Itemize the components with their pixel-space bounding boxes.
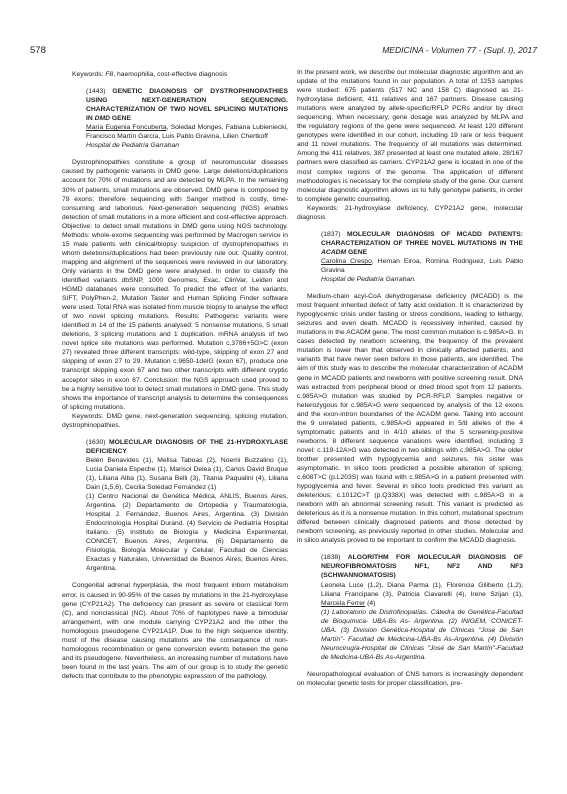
abstract-1630-header: (1630) MOLECULAR DIAGNOSIS OF THE 21-HYD… (86, 438, 288, 574)
abstract-1443-institution: Hospital de Pediatría Garrahan (86, 141, 288, 150)
abstract-1838-affiliations: (1) Laboratorio de Distrofinopatías. Cát… (321, 608, 523, 662)
abstract-1837-title: (1837) MOLECULAR DIAGNOSIS OF MCADD PATI… (321, 230, 523, 257)
abstract-1630-title: (1630) MOLECULAR DIAGNOSIS OF THE 21-HYD… (86, 438, 288, 456)
abstract-1838-authors: Leonela Luce (1,2), Diana Parma (1), Flo… (321, 581, 523, 608)
abstract-1838-title: (1838) ALGORITHM FOR MOLECULAR DIAGNOSIS… (321, 553, 523, 580)
abstract-1630-body-continued: In the present work, we describe our mol… (297, 68, 523, 204)
previous-keywords: Keywords: F8, haemophilia, cost-effectiv… (62, 70, 288, 79)
abstract-1630-body: Congenital adrenal hyperplasia, the most… (62, 581, 288, 681)
abstract-1630-affiliations: (1) Centro Nacional de Genética Médica, … (86, 492, 288, 573)
abstract-1837-authors: Carolina Crespo, Hernan Eiroa, Romina Ro… (321, 257, 523, 275)
abstract-1630-authors: Belén Benavides (1), Melisa Taboas (2), … (86, 456, 288, 492)
abstract-1443-header: (1443) GENETIC DIAGNOSIS OF DYSTROPHINOP… (86, 87, 288, 150)
abstract-1838-body: Neuropathological evaluation of CNS tumo… (297, 670, 523, 688)
abstract-1443-authors: María Eugenia Foncuberta, Soledad Monges… (86, 123, 288, 141)
page-number: 578 (30, 45, 46, 56)
abstract-1837-header: (1837) MOLECULAR DIAGNOSIS OF MCADD PATI… (321, 230, 523, 284)
abstract-1837-institution: Hospital de Pediatría Garrahan. (321, 275, 523, 284)
left-column: Keywords: F8, haemophilia, cost-effectiv… (62, 70, 288, 681)
abstract-1443-keywords: Keywords: DMD gene, next-generation sequ… (62, 412, 288, 430)
abstract-1443-body: Dystrophinopathies constitute a group of… (62, 158, 288, 411)
abstract-1838-header: (1838) ALGORITHM FOR MOLECULAR DIAGNOSIS… (321, 553, 523, 662)
abstract-1443-title: (1443) GENETIC DIAGNOSIS OF DYSTROPHINOP… (86, 87, 288, 123)
abstract-1630-keywords: Keywords: 21-hydroxylase deficiency, CYP… (297, 204, 523, 222)
running-head: MEDICINA - Volumen 77 - (Supl. I), 2017 (382, 45, 537, 55)
right-column: In the present work, we describe our mol… (297, 68, 523, 688)
abstract-1837-body: Medium-chain acyl-CoA dehydrogenase defi… (297, 292, 523, 545)
